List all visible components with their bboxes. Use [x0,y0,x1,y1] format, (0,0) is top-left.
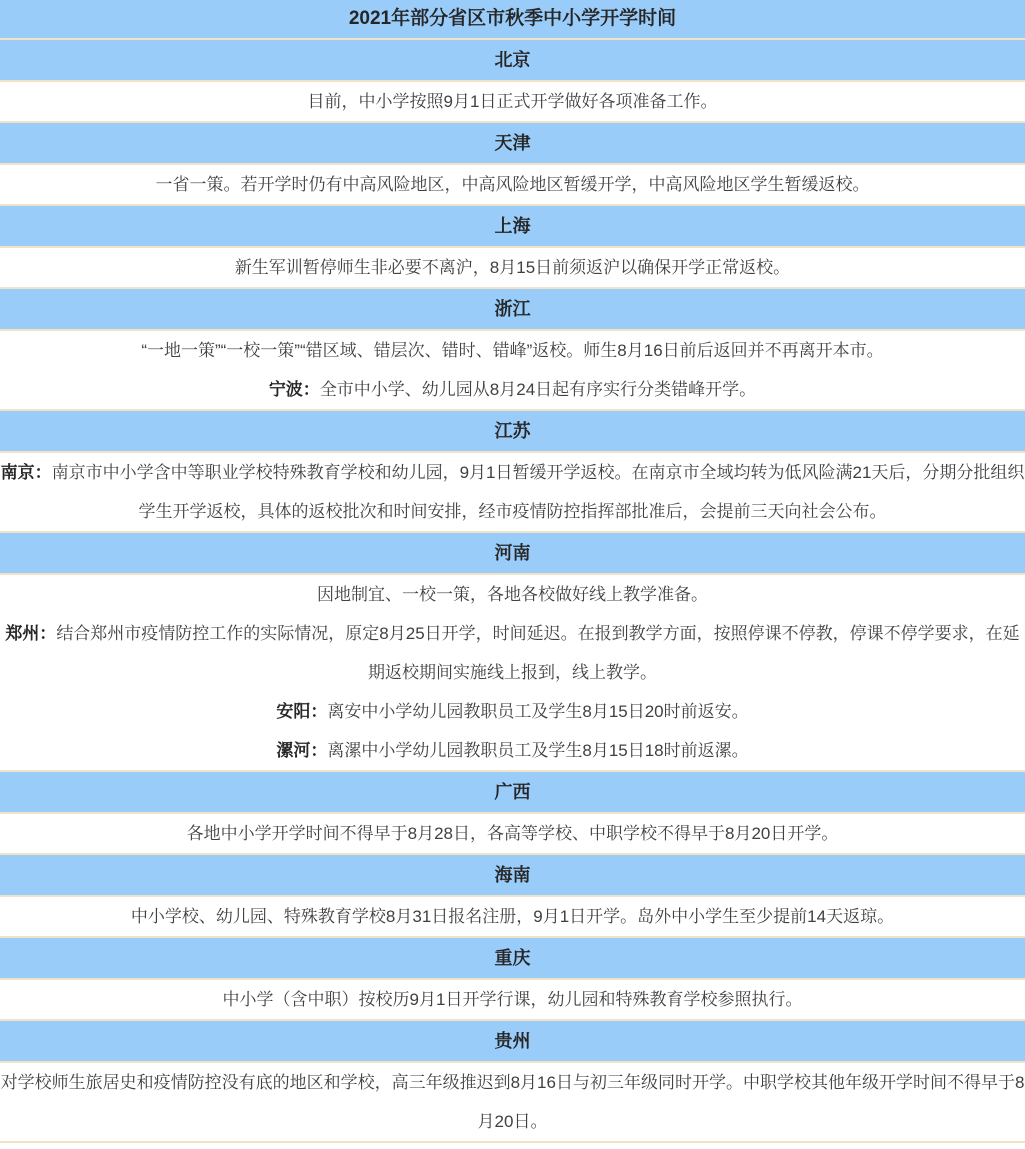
policy-text: 因地制宜、一校一策，各地各校做好线上教学准备。 [317,585,708,604]
region-content: 对学校师生旅居史和疫情防控没有底的地区和学校，高三年级推迟到8月16日与初三年级… [0,1063,1025,1143]
region-content: 中小学（含中职）按校历9月1日开学行课，幼儿园和特殊教育学校参照执行。 [0,980,1025,1021]
policy-paragraph: 安阳：离安中小学幼儿园教职员工及学生8月15日20时前返安。 [0,692,1025,731]
policy-text: 中小学（含中职）按校历9月1日开学行课，幼儿园和特殊教育学校参照执行。 [223,990,803,1009]
policy-paragraph: 南京：南京市中小学含中等职业学校特殊教育学校和幼儿园，9月1日暂缓开学返校。在南… [0,453,1025,531]
city-prefix: 郑州： [5,624,56,643]
region-header: 江苏 [0,411,1025,453]
region-content: 目前，中小学按照9月1日正式开学做好各项准备工作。 [0,82,1025,123]
policy-text: 离漯中小学幼儿园教职员工及学生8月15日18时前返漯。 [327,741,748,760]
region-header: 北京 [0,40,1025,82]
policy-text: 对学校师生旅居史和疫情防控没有底的地区和学校，高三年级推迟到8月16日与初三年级… [1,1073,1025,1131]
policy-paragraph: 一省一策。若开学时仍有中高风险地区，中高风险地区暂缓开学，中高风险地区学生暂缓返… [0,165,1025,204]
policy-paragraph: 宁波：全市中小学、幼儿园从8月24日起有序实行分类错峰开学。 [0,370,1025,409]
policy-paragraph: 中小学校、幼儿园、特殊教育学校8月31日报名注册，9月1日开学。岛外中小学生至少… [0,897,1025,936]
table-title: 2021年部分省区市秋季中小学开学时间 [0,0,1025,40]
city-prefix: 漯河： [276,741,327,760]
region-content: “一地一策”“一校一策”“错区域、错层次、错时、错峰”返校。师生8月16日前后返… [0,331,1025,411]
policy-paragraph: “一地一策”“一校一策”“错区域、错层次、错时、错峰”返校。师生8月16日前后返… [0,331,1025,370]
policy-text: 全市中小学、幼儿园从8月24日起有序实行分类错峰开学。 [320,380,756,399]
region-content: 一省一策。若开学时仍有中高风险地区，中高风险地区暂缓开学，中高风险地区学生暂缓返… [0,165,1025,206]
policy-text: 南京市中小学含中等职业学校特殊教育学校和幼儿园，9月1日暂缓开学返校。在南京市全… [52,463,1025,521]
policy-paragraph: 郑州：结合郑州市疫情防控工作的实际情况，原定8月25日开学，时间延迟。在报到教学… [0,614,1025,692]
school-opening-table: 2021年部分省区市秋季中小学开学时间 北京目前，中小学按照9月1日正式开学做好… [0,0,1025,1143]
policy-text: 一省一策。若开学时仍有中高风险地区，中高风险地区暂缓开学，中高风险地区学生暂缓返… [156,175,870,194]
region-content: 因地制宜、一校一策，各地各校做好线上教学准备。郑州：结合郑州市疫情防控工作的实际… [0,575,1025,772]
city-prefix: 安阳： [276,702,327,721]
sections-container: 北京目前，中小学按照9月1日正式开学做好各项准备工作。天津一省一策。若开学时仍有… [0,40,1025,1143]
city-prefix: 南京： [1,463,52,482]
policy-text: 结合郑州市疫情防控工作的实际情况，原定8月25日开学，时间延迟。在报到教学方面，… [56,624,1019,682]
policy-paragraph: 漯河：离漯中小学幼儿园教职员工及学生8月15日18时前返漯。 [0,731,1025,770]
region-header: 浙江 [0,289,1025,331]
city-prefix: 宁波： [269,380,320,399]
policy-paragraph: 因地制宜、一校一策，各地各校做好线上教学准备。 [0,575,1025,614]
policy-paragraph: 中小学（含中职）按校历9月1日开学行课，幼儿园和特殊教育学校参照执行。 [0,980,1025,1019]
policy-text: “一地一策”“一校一策”“错区域、错层次、错时、错峰”返校。师生8月16日前后返… [141,341,883,360]
region-header: 贵州 [0,1021,1025,1063]
region-header: 广西 [0,772,1025,814]
region-header: 河南 [0,533,1025,575]
region-header: 海南 [0,855,1025,897]
policy-paragraph: 新生军训暂停师生非必要不离沪，8月15日前须返沪以确保开学正常返校。 [0,248,1025,287]
region-header: 上海 [0,206,1025,248]
region-header: 重庆 [0,938,1025,980]
region-content: 各地中小学开学时间不得早于8月28日，各高等学校、中职学校不得早于8月20日开学… [0,814,1025,855]
region-content: 中小学校、幼儿园、特殊教育学校8月31日报名注册，9月1日开学。岛外中小学生至少… [0,897,1025,938]
policy-text: 目前，中小学按照9月1日正式开学做好各项准备工作。 [308,92,718,111]
policy-paragraph: 对学校师生旅居史和疫情防控没有底的地区和学校，高三年级推迟到8月16日与初三年级… [0,1063,1025,1141]
region-content: 新生军训暂停师生非必要不离沪，8月15日前须返沪以确保开学正常返校。 [0,248,1025,289]
policy-text: 中小学校、幼儿园、特殊教育学校8月31日报名注册，9月1日开学。岛外中小学生至少… [131,907,894,926]
policy-text: 新生军训暂停师生非必要不离沪，8月15日前须返沪以确保开学正常返校。 [235,258,790,277]
policy-paragraph: 目前，中小学按照9月1日正式开学做好各项准备工作。 [0,82,1025,121]
policy-text: 各地中小学开学时间不得早于8月28日，各高等学校、中职学校不得早于8月20日开学… [187,824,839,843]
region-header: 天津 [0,123,1025,165]
policy-paragraph: 各地中小学开学时间不得早于8月28日，各高等学校、中职学校不得早于8月20日开学… [0,814,1025,853]
region-content: 南京：南京市中小学含中等职业学校特殊教育学校和幼儿园，9月1日暂缓开学返校。在南… [0,453,1025,533]
policy-text: 离安中小学幼儿园教职员工及学生8月15日20时前返安。 [327,702,748,721]
